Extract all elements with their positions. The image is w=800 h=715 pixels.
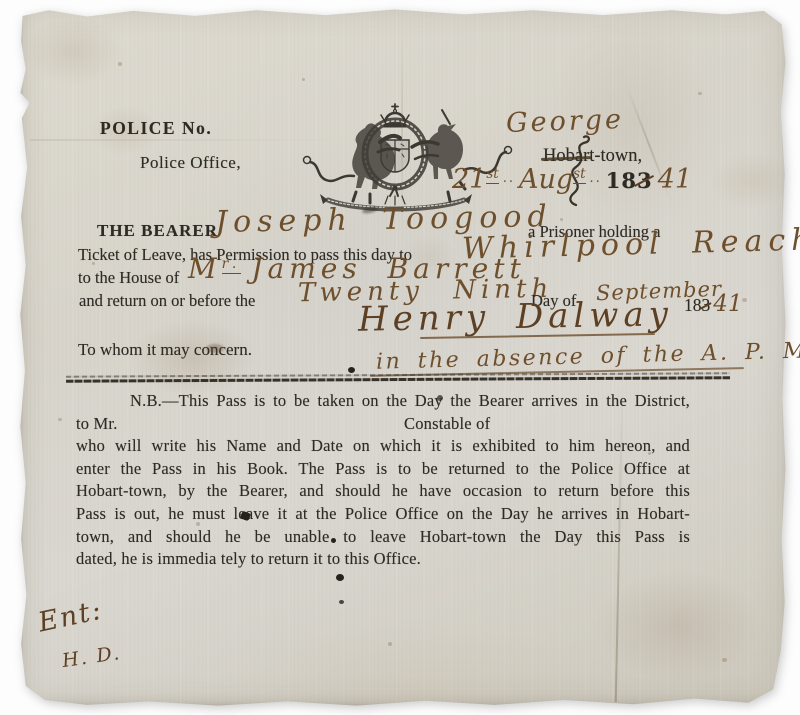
notice-line-5: Hobart-town, by the Bearer, and should h… bbox=[76, 480, 690, 503]
paper-speck bbox=[58, 418, 62, 421]
notice-line-1: N.B.—This Pass is to be taken on the Day… bbox=[76, 390, 690, 413]
notice-line-8: dated, he is immedia tely to return it t… bbox=[76, 548, 690, 571]
notice-block: N.B.—This Pass is to be taken on the Day… bbox=[76, 390, 690, 571]
date-line: 21st..Augst..18341 bbox=[452, 164, 692, 195]
date-separator: .. bbox=[503, 171, 515, 186]
notice-line-6: Pass is out, he must leave it at the Pol… bbox=[76, 503, 690, 526]
police-office-label: Police Office, bbox=[140, 153, 241, 173]
date-month-suffix: st bbox=[573, 166, 585, 184]
notice-line-4: enter the Pass in his Book. The Pass is … bbox=[76, 458, 690, 481]
bearer-label: THE BEARER bbox=[97, 221, 218, 241]
place-suffix-text: t-town, bbox=[589, 146, 642, 166]
paper-speck bbox=[388, 642, 392, 646]
paper-speck bbox=[560, 218, 563, 221]
place-written: George bbox=[505, 104, 624, 139]
paper-speck bbox=[648, 452, 651, 455]
year-struck-digit: 3 bbox=[637, 168, 652, 193]
ink-blot bbox=[331, 538, 336, 543]
constable-of-label: Constable of bbox=[404, 413, 490, 436]
year-printed: 18 bbox=[606, 168, 637, 193]
host-prefix: M bbox=[188, 252, 222, 285]
date-day-suffix: st bbox=[486, 166, 498, 184]
return-year-written: 41 bbox=[713, 291, 742, 317]
paper-speck bbox=[118, 62, 122, 66]
host-prefix-suffix: r. bbox=[222, 256, 242, 274]
fold-crease bbox=[30, 139, 340, 141]
notice-line-2: to Mr. Constable of bbox=[76, 413, 690, 436]
ink-blot bbox=[336, 574, 344, 581]
return-year-struck: 3 bbox=[702, 295, 711, 316]
paper-speck bbox=[196, 522, 200, 526]
date-day: 21 bbox=[452, 164, 486, 195]
paper-speck bbox=[698, 92, 702, 95]
notice-line-3: who will write his Name and Date on whic… bbox=[76, 435, 690, 458]
paper-speck bbox=[92, 262, 95, 265]
notice-line-7: town, and should he be unable to leave H… bbox=[76, 526, 690, 549]
ink-blot bbox=[339, 600, 344, 604]
date-separator-2: .. bbox=[590, 171, 602, 186]
return-line-printed: and return on or before the bbox=[79, 291, 255, 311]
paper-speck bbox=[742, 298, 747, 302]
house-line-printed: to the House of bbox=[78, 268, 179, 288]
police-no-label: POLICE No. bbox=[100, 118, 212, 139]
ink-blot bbox=[437, 395, 443, 401]
ink-blot bbox=[348, 367, 355, 373]
paper-speck bbox=[722, 658, 727, 662]
date-month: Aug bbox=[519, 164, 573, 195]
to-whom-label: To whom it may concern. bbox=[78, 340, 252, 360]
ink-smudge bbox=[206, 344, 224, 353]
to-mr-label: to Mr. bbox=[76, 414, 118, 433]
fold-crease bbox=[401, 26, 403, 231]
return-year: 18341 bbox=[684, 291, 743, 317]
return-year-printed: 18 bbox=[684, 295, 702, 315]
paper-speck bbox=[302, 78, 305, 81]
document-photo: POLICE No. Police Office, bbox=[0, 0, 800, 715]
